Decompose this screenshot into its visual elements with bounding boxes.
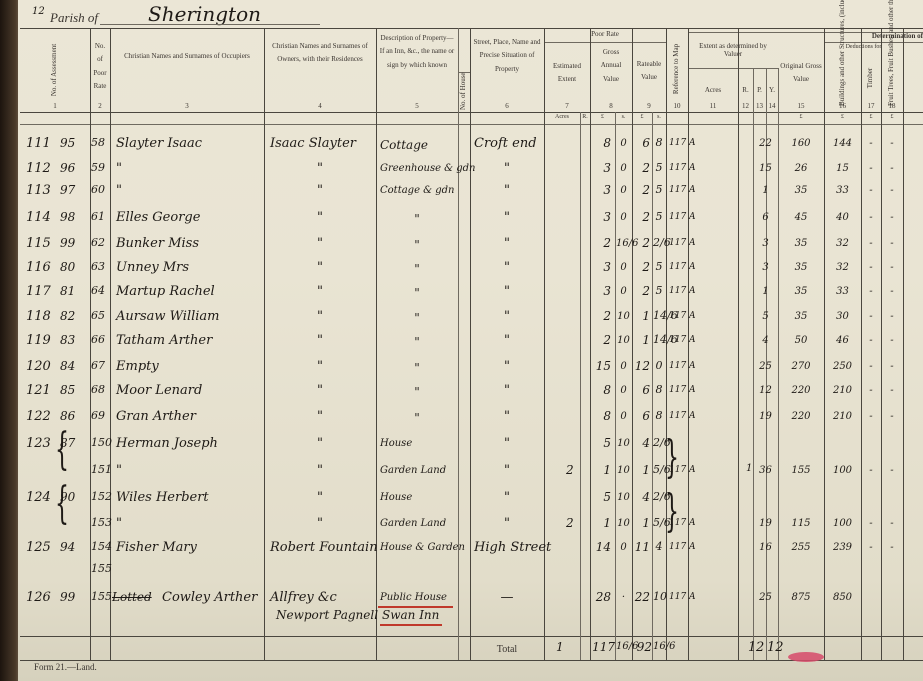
rateable-shillings: 5: [653, 161, 665, 174]
parish-name: Sherington: [148, 2, 261, 26]
gross-shillings: 10: [616, 311, 631, 322]
column-rule: [903, 28, 904, 660]
red-ink-blot: [788, 652, 824, 662]
original-gross-value: 155: [780, 465, 822, 476]
buildings-deduction: 46: [826, 335, 859, 346]
rateable-shillings: 5/6: [653, 516, 665, 529]
original-gross-value: 35: [780, 311, 822, 322]
brace-mark: {: [55, 478, 69, 529]
rateable-pounds: 12: [634, 359, 650, 373]
column-number: 10: [666, 102, 688, 110]
old-number: 82: [60, 309, 75, 323]
map-reference: 117 A: [669, 262, 696, 272]
rateable-shillings: 5: [653, 183, 665, 196]
gross-shillings: 0: [616, 542, 631, 553]
owner-name: ": [270, 333, 370, 348]
occupier-name: Moor Lenard: [116, 383, 202, 398]
assessment-number: 116: [26, 260, 51, 275]
property-description: Garden Land: [380, 518, 454, 529]
gross-shillings: ·: [616, 592, 631, 603]
assessment-number: 126: [26, 590, 51, 605]
rateable-pounds: 11: [634, 540, 650, 554]
assessment-number: 113: [26, 183, 51, 198]
poor-rate-number: 59: [91, 161, 105, 174]
total-extent-perches: 12: [767, 640, 784, 655]
red-underline: [378, 606, 453, 608]
original-gross-value: 35: [780, 286, 822, 297]
fruit-deduction: -: [881, 411, 903, 422]
rateable-pounds: 1: [634, 516, 650, 530]
row-rule: [544, 42, 666, 43]
assessment-number: 120: [26, 359, 51, 374]
street-situation: ": [474, 284, 540, 299]
property-description: ": [380, 212, 454, 226]
assessment-number: 125: [26, 540, 51, 555]
rateable-shillings: 8: [653, 136, 665, 149]
assessment-number: 117: [26, 284, 51, 299]
owner-name: ": [270, 436, 370, 451]
street-situation: ": [474, 490, 540, 505]
unit-label: £: [861, 114, 881, 120]
buildings-deduction: 32: [826, 238, 859, 249]
buildings-deduction: 40: [826, 212, 859, 223]
column-header-14: P.: [755, 84, 764, 97]
map-reference: 117 A: [669, 138, 696, 148]
buildings-deduction: 100: [826, 465, 859, 476]
extent-perches: 1: [754, 185, 777, 196]
property-description: ": [380, 311, 454, 325]
rateable-pounds: 1: [634, 333, 650, 347]
owner-name: Isaac Slayter: [270, 136, 370, 151]
timber-deduction: -: [861, 311, 881, 322]
timber-deduction: -: [861, 465, 881, 476]
parish-label: Parish of: [50, 10, 98, 26]
timber-deduction: -: [861, 361, 881, 372]
column-header-18: Timber: [866, 50, 876, 106]
assessment-number: 118: [26, 309, 51, 324]
original-gross-value: 160: [780, 138, 822, 149]
original-gross-value: 255: [780, 542, 822, 553]
column-rule: [376, 28, 377, 660]
rateable-pounds: 6: [634, 383, 650, 397]
column-number: 13: [753, 102, 766, 110]
property-description: ": [380, 335, 454, 349]
rateable-shillings: 2/6: [653, 236, 665, 249]
column-header-9: Gross Annual Value: [592, 46, 630, 86]
fruit-deduction: -: [881, 238, 903, 249]
street-situation: ": [474, 436, 540, 451]
owner-name: ": [270, 236, 370, 251]
original-gross-value: 875: [780, 592, 822, 603]
column-header-2: No. of Poor Rate: [92, 40, 108, 93]
map-reference: 117 A: [669, 163, 696, 173]
rateable-shillings: 8: [653, 383, 665, 396]
extent-perches: 25: [754, 592, 777, 603]
buildings-deduction: 33: [826, 185, 859, 196]
column-header-3: Christian Names and Surnames of Occupier…: [112, 50, 262, 63]
brace-mark: {: [55, 424, 69, 475]
owner-name: Robert Fountain: [270, 540, 370, 555]
occupier-name: Herman Joseph: [116, 436, 218, 451]
fruit-deduction: -: [881, 163, 903, 174]
timber-deduction: -: [861, 335, 881, 346]
owner-name: ": [270, 210, 370, 225]
extent-perches: 25: [754, 361, 777, 372]
old-number: 96: [60, 161, 75, 175]
extent-perches: 6: [754, 212, 777, 223]
brace-mark: }: [665, 432, 679, 483]
gross-shillings: 0: [616, 385, 631, 396]
rateable-pounds: 2: [634, 236, 650, 250]
rateable-shillings: 10: [653, 590, 665, 603]
poor-rate-group-header: Poor Rate: [544, 30, 666, 38]
gross-pounds: 15: [594, 359, 611, 373]
rateable-shillings: 8: [653, 409, 665, 422]
poor-rate-number: 153: [91, 516, 112, 529]
owner-name: ": [270, 284, 370, 299]
buildings-deduction: 250: [826, 361, 859, 372]
gross-pounds: 2: [594, 333, 611, 347]
buildings-deduction: 239: [826, 542, 859, 553]
gross-pounds: 14: [594, 540, 611, 554]
assessment-number: 111: [26, 136, 51, 151]
column-number: 4: [264, 102, 376, 110]
buildings-deduction: 210: [826, 411, 859, 422]
estimated-extent: 2: [566, 463, 574, 477]
property-description: ": [380, 361, 454, 375]
column-number: 9: [632, 102, 666, 110]
rateable-pounds: 2: [634, 260, 650, 274]
extent-perches: 3: [754, 262, 777, 273]
gross-shillings: 10: [616, 335, 631, 346]
original-gross-value: 35: [780, 262, 822, 273]
unit-label: Acres: [544, 114, 580, 120]
column-number: 6: [470, 102, 544, 110]
original-gross-value: 45: [780, 212, 822, 223]
fruit-deduction: -: [881, 361, 903, 372]
rateable-shillings: 5: [653, 210, 665, 223]
occupier-name: ": [116, 183, 122, 198]
owner-name: Allfrey &c: [270, 590, 370, 605]
unit-label: £: [632, 114, 652, 120]
gross-shillings: 10: [616, 492, 631, 503]
gross-shillings: 0: [616, 212, 631, 223]
old-number: 95: [60, 136, 75, 150]
occupier-name: Cowley Arther: [162, 590, 257, 605]
column-rule: [580, 112, 581, 660]
property-description: House: [380, 492, 454, 503]
property-description: Public House: [380, 592, 454, 603]
rateable-pounds: 2: [634, 183, 650, 197]
poor-rate-number: 65: [91, 309, 105, 322]
gross-pounds: 3: [594, 161, 611, 175]
owner-name: ": [270, 490, 370, 505]
column-rule: [590, 28, 591, 660]
timber-deduction: -: [861, 138, 881, 149]
property-description: ": [380, 385, 454, 399]
column-number: 16: [824, 102, 861, 110]
street-situation: ": [474, 210, 540, 225]
poor-rate-number: 67: [91, 359, 105, 372]
column-number: 18: [881, 102, 903, 110]
unit-label: s.: [652, 114, 666, 120]
street-situation: High Street: [474, 540, 540, 555]
parish-underline: [100, 24, 320, 25]
timber-deduction: -: [861, 212, 881, 223]
assessment-number: 123: [26, 436, 51, 451]
original-gross-value: 220: [780, 385, 822, 396]
poor-rate-number: 64: [91, 284, 105, 297]
column-header-4: Christian Names and Surnames of Owners, …: [266, 40, 374, 67]
form-label: Form 21.—Land.: [34, 662, 97, 672]
timber-deduction: -: [861, 262, 881, 273]
row-rule: [20, 112, 923, 113]
fruit-deduction: -: [881, 518, 903, 529]
map-reference: 117 A: [669, 411, 696, 421]
property-description: Cottage: [380, 138, 454, 152]
gross-pounds: 2: [594, 309, 611, 323]
column-header-16: Original Gross Value: [780, 60, 822, 87]
street-situation: ": [474, 309, 540, 324]
gross-pounds: 5: [594, 490, 611, 504]
buildings-deduction: 33: [826, 286, 859, 297]
street-situation: —: [474, 590, 540, 605]
rateable-shillings: 5/6: [653, 463, 665, 476]
unit-label: R.: [580, 114, 590, 120]
original-gross-value: 35: [780, 238, 822, 249]
unit-label: £: [881, 114, 903, 120]
street-situation: ": [474, 183, 540, 198]
old-number: 99: [60, 236, 75, 250]
owner-residence: Newport Pagnell: [276, 608, 378, 622]
column-number: 15: [778, 102, 824, 110]
column-header-17: Buildings and other Structures, (includi…: [838, 50, 848, 106]
row-rule: [688, 68, 778, 69]
map-reference: 117 A: [669, 542, 696, 552]
map-reference: 117 A: [669, 335, 696, 345]
rateable-shillings: 2/6: [653, 436, 665, 449]
total-rateable-pounds: 92: [634, 640, 652, 654]
rateable-pounds: 6: [634, 136, 650, 150]
rateable-shillings: 0: [653, 359, 665, 372]
gross-shillings: 10: [616, 465, 631, 476]
gross-shillings: 0: [616, 138, 631, 149]
extent-perches: 16: [754, 542, 777, 553]
assessment-number: 122: [26, 409, 51, 424]
map-reference: 117 A: [669, 361, 696, 371]
rateable-shillings: 2/6: [653, 490, 665, 503]
column-number: 7: [544, 102, 590, 110]
original-gross-value: 270: [780, 361, 822, 372]
column-header-7: Street, Place, Name and Precise Situatio…: [472, 36, 542, 76]
fruit-deduction: -: [881, 465, 903, 476]
column-header-6: No. of House: [459, 74, 469, 110]
gross-pounds: 1: [594, 463, 611, 477]
assessment-number: 119: [26, 333, 51, 348]
original-gross-value: 35: [780, 185, 822, 196]
rateable-pounds: 2: [634, 161, 650, 175]
poor-rate-number: 155: [91, 562, 112, 575]
column-rule: [632, 28, 633, 660]
gross-pounds: 3: [594, 183, 611, 197]
poor-rate-number: 154: [91, 540, 112, 553]
timber-deduction: -: [861, 185, 881, 196]
column-rule: [470, 28, 471, 660]
timber-deduction: -: [861, 411, 881, 422]
unit-label: £: [590, 114, 615, 120]
gross-pounds: 8: [594, 409, 611, 423]
gross-pounds: 8: [594, 136, 611, 150]
rateable-pounds: 2: [634, 210, 650, 224]
buildings-deduction: 32: [826, 262, 859, 273]
old-number: 80: [60, 260, 75, 274]
poor-rate-number: 58: [91, 136, 105, 149]
old-number: 94: [60, 540, 75, 554]
red-underline: [380, 624, 442, 626]
total-extent-rods: 2: [756, 640, 764, 655]
estimated-extent: 2: [566, 516, 574, 530]
column-rule: [264, 28, 265, 660]
column-number: 12: [738, 102, 753, 110]
column-number: 8: [590, 102, 632, 110]
gross-shillings: 0: [616, 361, 631, 372]
poor-rate-number: 150: [91, 436, 112, 449]
owner-name: ": [270, 516, 370, 531]
poor-rate-number: 66: [91, 333, 105, 346]
column-header-15: Y.: [768, 84, 776, 97]
property-description: Cottage & gdn: [380, 185, 454, 196]
total-gross-shillings: 16/6: [616, 641, 631, 652]
property-description: Greenhouse & gdn: [380, 163, 454, 174]
column-number: 1: [20, 102, 90, 110]
fruit-deduction: -: [881, 138, 903, 149]
map-reference: 117 A: [669, 592, 696, 602]
poor-rate-number: 68: [91, 383, 105, 396]
extent-perches: 19: [754, 411, 777, 422]
extent-group-header: Extent as determined by Valuer: [690, 42, 776, 58]
poor-rate-number: 152: [91, 490, 112, 503]
occupier-name: Slayter Isaac: [116, 136, 202, 151]
column-header-13: R.: [740, 84, 751, 97]
gross-shillings: 0: [616, 262, 631, 273]
poor-rate-number: 60: [91, 183, 105, 196]
owner-name: ": [270, 260, 370, 275]
poor-rate-number: 155: [91, 590, 112, 603]
rateable-shillings: 5: [653, 260, 665, 273]
buildings-deduction: 210: [826, 385, 859, 396]
map-reference: 117 A: [669, 311, 696, 321]
old-number: 83: [60, 333, 75, 347]
rateable-shillings: 4: [653, 540, 665, 553]
gross-pounds: 3: [594, 210, 611, 224]
rateable-pounds: 1: [634, 309, 650, 323]
rateable-shillings: 5: [653, 284, 665, 297]
column-header-1: No. of Assessment: [50, 40, 60, 100]
property-description: ": [380, 262, 454, 276]
fruit-deduction: -: [881, 385, 903, 396]
owner-name: ": [270, 309, 370, 324]
rateable-shillings: 14/6: [653, 309, 665, 322]
gross-pounds: 28: [594, 590, 611, 604]
occupier-name: ": [116, 463, 122, 478]
fruit-deduction: -: [881, 212, 903, 223]
street-situation: ": [474, 516, 540, 531]
row-rule: [20, 28, 923, 29]
column-header-5: Description of Property— If an Inn, &c.,…: [378, 32, 456, 72]
property-description: ": [380, 238, 454, 252]
owner-name: ": [270, 183, 370, 198]
row-rule: [20, 124, 923, 125]
poor-rate-number: 63: [91, 260, 105, 273]
street-situation: ": [474, 333, 540, 348]
extent-perches: 3: [754, 238, 777, 249]
gross-shillings: 0: [616, 286, 631, 297]
old-number: 99: [60, 590, 75, 604]
occupier-name: Bunker Miss: [116, 236, 199, 251]
column-header-11: Reference to Map: [672, 34, 682, 104]
rateable-pounds: 22: [634, 590, 650, 604]
total-label: Total: [470, 644, 544, 655]
gross-shillings: 10: [616, 518, 631, 529]
old-number: 98: [60, 210, 75, 224]
assessment-number: 121: [26, 383, 51, 398]
row-rule: [20, 636, 923, 637]
occupier-name: Unney Mrs: [116, 260, 189, 275]
rateable-pounds: 6: [634, 409, 650, 423]
struck-occupier: Lotted: [112, 590, 152, 604]
fruit-deduction: -: [881, 311, 903, 322]
fruit-deduction: -: [881, 286, 903, 297]
extent-perches: 19: [754, 518, 777, 529]
buildings-deduction: 100: [826, 518, 859, 529]
total-estimated-extent: 1: [556, 640, 564, 654]
occupier-name: Tatham Arther: [116, 333, 212, 348]
extent-perches: 12: [754, 385, 777, 396]
owner-name: ": [270, 359, 370, 374]
total-rateable-shillings: 16/6: [653, 641, 665, 652]
fruit-deduction: -: [881, 185, 903, 196]
unit-label: £: [824, 114, 861, 120]
occupier-name: Elles George: [116, 210, 200, 225]
buildings-deduction: 15: [826, 163, 859, 174]
original-gross-value: 50: [780, 335, 822, 346]
old-number: 81: [60, 284, 75, 298]
timber-deduction: -: [861, 542, 881, 553]
column-rule: [544, 28, 545, 660]
total-gross-pounds: 117: [592, 640, 615, 654]
street-situation: ": [474, 236, 540, 251]
poor-rate-number: 62: [91, 236, 105, 249]
timber-deduction: -: [861, 385, 881, 396]
occupier-name: Aursaw William: [116, 309, 220, 324]
ledger-page: 12 Parish of Sherington No. of Assessmen…: [18, 0, 923, 681]
property-description: ": [380, 411, 454, 425]
inn-sign-name: Swan Inn: [382, 608, 439, 622]
assessment-number: 124: [26, 490, 51, 505]
owner-name: ": [270, 161, 370, 176]
gross-pounds: 2: [594, 236, 611, 250]
gross-shillings: 10: [616, 438, 631, 449]
extent-perches: 4: [754, 335, 777, 346]
map-reference: 117 A: [669, 286, 696, 296]
gross-pounds: 8: [594, 383, 611, 397]
assessment-number: 115: [26, 236, 51, 251]
fruit-deduction: -: [881, 335, 903, 346]
gross-shillings: 16/6: [616, 238, 631, 249]
extent-perches: 1: [754, 286, 777, 297]
old-number: 86: [60, 409, 75, 423]
extent-perches: 22: [754, 138, 777, 149]
